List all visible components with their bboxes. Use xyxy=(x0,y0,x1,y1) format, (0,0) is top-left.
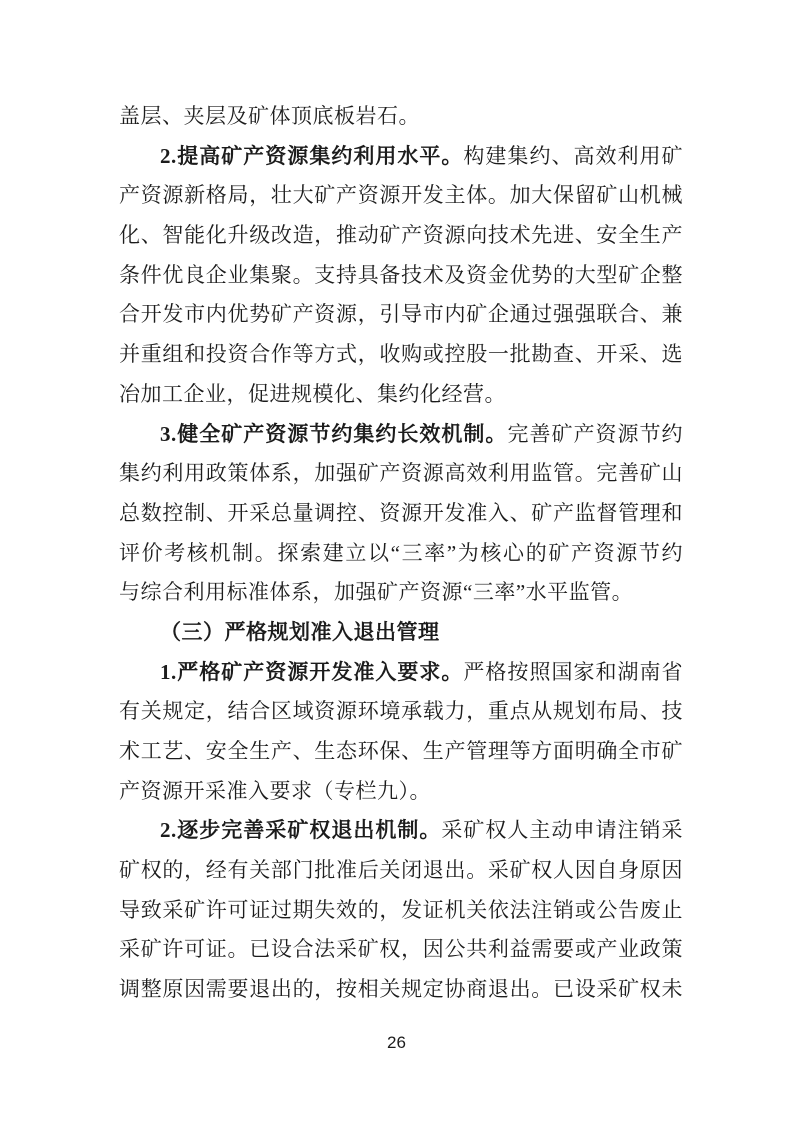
text-segment: 化、智能化升级改造，推动矿产资源向技术先进、安全生产 xyxy=(119,223,683,247)
text-line: 评价考核机制。探索建立以“三率”为核心的矿产资源节约 xyxy=(119,534,683,574)
text-segment: 导致采矿许可证过期失效的，发证机关依法注销或公告废止 xyxy=(119,898,683,922)
bold-text-segment: 2.逐步完善采矿权退出机制。 xyxy=(160,818,441,842)
bold-text-segment: 3.健全矿产资源节约集约长效机制。 xyxy=(160,422,507,446)
text-segment: 有关规定，结合区域资源环境承载力，重点从规划布局、技 xyxy=(119,699,683,723)
text-segment: 并重组和投资合作等方式，收购或控股一批勘查、开采、选 xyxy=(119,342,683,366)
text-line: 化、智能化升级改造，推动矿产资源向技术先进、安全生产 xyxy=(119,216,683,256)
bold-text-segment: （三）严格规划准入退出管理 xyxy=(160,620,440,644)
text-line: 2.提高矿产资源集约利用水平。构建集约、高效利用矿 xyxy=(119,137,683,177)
text-line: 术工艺、安全生产、生态环保、生产管理等方面明确全市矿 xyxy=(119,732,683,772)
text-block: 盖层、夹层及矿体顶底板岩石。2.提高矿产资源集约利用水平。构建集约、高效利用矿产… xyxy=(119,97,683,1010)
text-line: 2.逐步完善采矿权退出机制。采矿权人主动申请注销采 xyxy=(119,811,683,851)
page-number: 26 xyxy=(0,1033,793,1053)
text-line: 导致采矿许可证过期失效的，发证机关依法注销或公告废止 xyxy=(119,891,683,931)
text-segment: 合开发市内优势矿产资源，引导市内矿企通过强强联合、兼 xyxy=(119,302,683,326)
text-segment: 与综合利用标准体系，加强矿产资源“三率”水平监管。 xyxy=(119,580,633,604)
document-page: 盖层、夹层及矿体顶底板岩石。2.提高矿产资源集约利用水平。构建集约、高效利用矿产… xyxy=(0,0,793,1122)
text-segment: 术工艺、安全生产、生态环保、生产管理等方面明确全市矿 xyxy=(119,739,683,763)
text-line: 与综合利用标准体系，加强矿产资源“三率”水平监管。 xyxy=(119,573,683,613)
text-segment: 评价考核机制。探索建立以“三率”为核心的矿产资源节约 xyxy=(119,541,683,565)
section-heading-line: （三）严格规划准入退出管理 xyxy=(119,613,683,653)
text-line: 产资源新格局，壮大矿产资源开发主体。加大保留矿山机械 xyxy=(119,176,683,216)
text-line: 采矿许可证。已设合法采矿权，因公共利益需要或产业政策 xyxy=(119,930,683,970)
text-segment: 产资源新格局，壮大矿产资源开发主体。加大保留矿山机械 xyxy=(119,183,683,207)
text-segment: 矿权的，经有关部门批准后关闭退出。采矿权人因自身原因 xyxy=(119,858,683,882)
text-line: 有关规定，结合区域资源环境承载力，重点从规划布局、技 xyxy=(119,692,683,732)
text-line: 产资源开采准入要求（专栏九）。 xyxy=(119,772,683,812)
text-line: 盖层、夹层及矿体顶底板岩石。 xyxy=(119,97,683,137)
text-line: 合开发市内优势矿产资源，引导市内矿企通过强强联合、兼 xyxy=(119,295,683,335)
text-segment: 产资源开采准入要求（专栏九）。 xyxy=(119,779,431,803)
text-segment: 调整原因需要退出的，按相关规定协商退出。已设采矿权未 xyxy=(119,977,683,1001)
text-line: 3.健全矿产资源节约集约长效机制。完善矿产资源节约 xyxy=(119,415,683,455)
text-segment: 集约利用政策体系，加强矿产资源高效利用监管。完善矿山 xyxy=(119,461,683,485)
text-line: 并重组和投资合作等方式，收购或控股一批勘查、开采、选 xyxy=(119,335,683,375)
text-line: 矿权的，经有关部门批准后关闭退出。采矿权人因自身原因 xyxy=(119,851,683,891)
text-segment: 采矿许可证。已设合法采矿权，因公共利益需要或产业政策 xyxy=(119,937,683,961)
text-line: 冶加工企业，促进规模化、集约化经营。 xyxy=(119,375,683,415)
text-segment: 严格按照国家和湖南省 xyxy=(463,660,683,684)
text-line: 1.严格矿产资源开发准入要求。严格按照国家和湖南省 xyxy=(119,653,683,693)
text-segment: 冶加工企业，促进规模化、集约化经营。 xyxy=(119,382,506,406)
text-line: 调整原因需要退出的，按相关规定协商退出。已设采矿权未 xyxy=(119,970,683,1010)
text-line: 总数控制、开采总量调控、资源开发准入、矿产监督管理和 xyxy=(119,494,683,534)
text-segment: 构建集约、高效利用矿 xyxy=(463,144,683,168)
text-segment: 采矿权人主动申请注销采 xyxy=(441,818,683,842)
bold-text-segment: 2.提高矿产资源集约利用水平。 xyxy=(160,144,463,168)
text-segment: 总数控制、开采总量调控、资源开发准入、矿产监督管理和 xyxy=(119,501,683,525)
text-segment: 条件优良企业集聚。支持具备技术及资金优势的大型矿企整 xyxy=(119,263,683,287)
text-line: 集约利用政策体系，加强矿产资源高效利用监管。完善矿山 xyxy=(119,454,683,494)
text-segment: 完善矿产资源节约 xyxy=(507,422,683,446)
bold-text-segment: 1.严格矿产资源开发准入要求。 xyxy=(160,660,463,684)
text-line: 条件优良企业集聚。支持具备技术及资金优势的大型矿企整 xyxy=(119,256,683,296)
text-segment: 盖层、夹层及矿体顶底板岩石。 xyxy=(119,104,420,128)
